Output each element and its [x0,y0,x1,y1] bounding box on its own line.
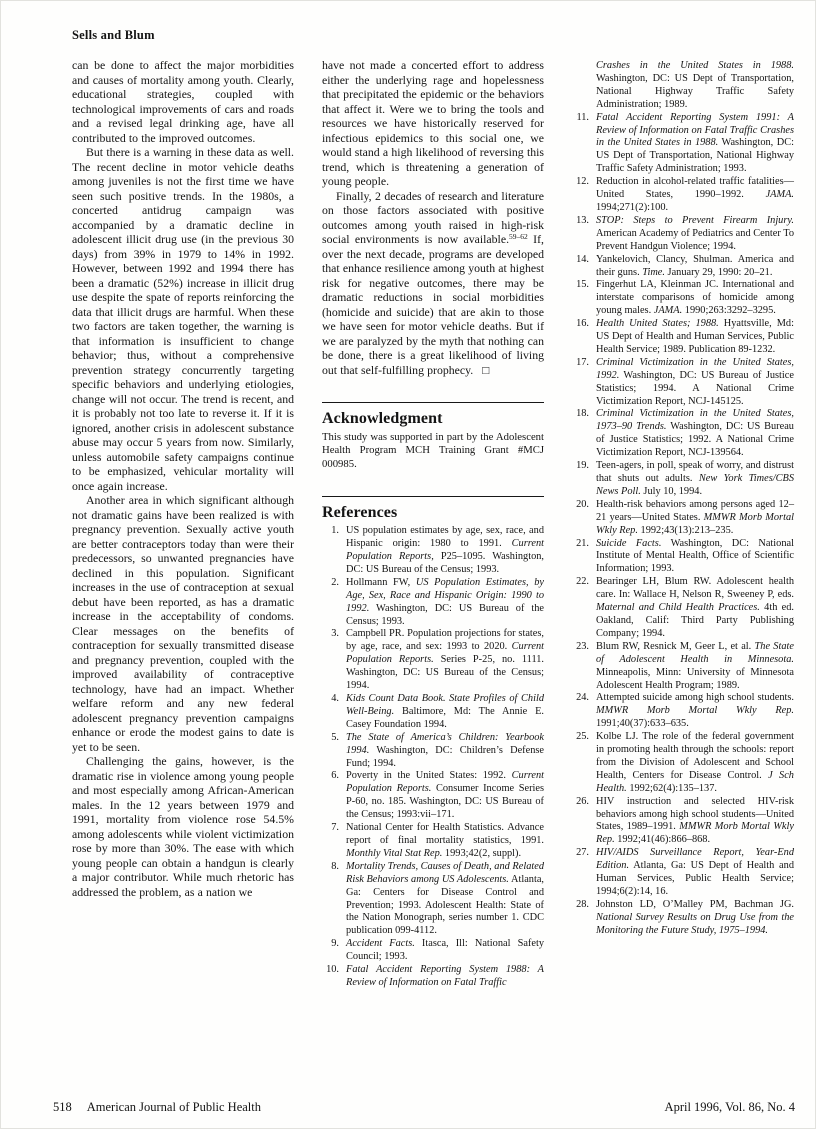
reference-number: 2. [322,577,339,590]
reference-number: 8. [322,861,339,874]
acknowledgment-heading: Acknowledgment [322,410,544,428]
reference-item: 22.Bearinger LH, Blum RW. Adolescent hea… [572,576,794,641]
reference-item: 5.The State of America’s Children: Yearb… [322,732,544,771]
paragraph: Finally, 2 decades of research and liter… [322,189,544,378]
reference-number: 14. [572,254,589,267]
reference-item: 14.Yankelovich, Clancy, Shulman. America… [572,254,794,280]
reference-text: Johnston LD, O’Malley PM, Bachman JG. Na… [596,899,794,936]
reference-number: 12. [572,176,589,189]
reference-number: 1. [322,525,339,538]
reference-item: 23.Blum RW, Resnick M, Geer L, et al. Th… [572,641,794,693]
reference-number: 10. [322,964,339,977]
column-2: have not made a concerted effort to addr… [322,58,544,990]
reference-item: 27.HIV/AIDS Surveillance Report, Year-En… [572,847,794,899]
reference-number: 28. [572,899,589,912]
reference-number: 24. [572,692,589,705]
reference-item: 20.Health-risk behaviors among persons a… [572,499,794,538]
reference-text: Fatal Accident Reporting System 1991: A … [596,112,794,175]
reference-item: 19.Teen-agers, in poll, speak of worry, … [572,460,794,499]
reference-number: 25. [572,731,589,744]
acknowledgment-section: Acknowledgment This study was supported … [322,402,544,471]
page-number: 518 [53,1100,72,1114]
reference-number: 22. [572,576,589,589]
reference-text: Poverty in the United States: 1992. Curr… [346,770,544,820]
reference-text: The State of America’s Children: Yearboo… [346,732,544,769]
issue-info: April 1996, Vol. 86, No. 4 [665,1100,795,1115]
reference-text: Hollmann FW, US Population Estimates, by… [346,577,544,627]
reference-number: 19. [572,460,589,473]
reference-item: 24.Attempted suicide among high school s… [572,692,794,731]
references-section: References 1.US population estimates by … [322,496,544,990]
page-footer: 518American Journal of Public Health Apr… [53,1100,795,1115]
reference-text: Teen-agers, in poll, speak of worry, and… [596,460,794,497]
reference-item: 28.Johnston LD, O’Malley PM, Bachman JG.… [572,899,794,938]
reference-number: 20. [572,499,589,512]
reference-item: 18.Criminal Victimization in the United … [572,408,794,460]
reference-number: 13. [572,215,589,228]
paragraph: Challenging the gains, however, is the d… [72,754,294,899]
reference-list-col2: 1.US population estimates by age, sex, r… [322,525,544,990]
reference-text: Blum RW, Resnick M, Geer L, et al. The S… [596,641,794,691]
reference-text: Fingerhut LA, Kleinman JC. International… [596,279,794,316]
reference-item: 3.Campbell PR. Population projections fo… [322,628,544,693]
reference-number: 11. [572,112,589,125]
column-1: can be done to affect the major morbidit… [72,58,294,899]
reference-text: Kids Count Data Book. State Profiles of … [346,693,544,730]
reference-number: 16. [572,318,589,331]
journal-title: American Journal of Public Health [87,1100,261,1114]
column-3: Crashes in the United States in 1988. Wa… [572,58,794,938]
reference-list-col3: Crashes in the United States in 1988. Wa… [572,60,794,938]
reference-item: 6.Poverty in the United States: 1992. Cu… [322,770,544,822]
reference-item: 9.Accident Facts. Itasca, Ill: National … [322,938,544,964]
reference-text: Health-risk behaviors among persons aged… [596,499,794,536]
reference-item-continuation: Crashes in the United States in 1988. Wa… [572,60,794,112]
paragraph: Another area in which significant althou… [72,493,294,754]
reference-item: 7.National Center for Health Statistics.… [322,822,544,861]
reference-item: 8.Mortality Trends, Causes of Death, and… [322,861,544,938]
reference-text: Crashes in the United States in 1988. Wa… [596,60,794,110]
text-columns: can be done to affect the major morbidit… [72,58,794,990]
reference-number: 23. [572,641,589,654]
reference-text: STOP: Steps to Prevent Firearm Injury. A… [596,215,794,252]
section-divider [322,496,544,497]
paragraph: But there is a warning in these data as … [72,145,294,493]
end-of-article-mark: □ [482,363,489,377]
reference-number: 26. [572,796,589,809]
references-heading: References [322,504,544,522]
reference-number: 17. [572,357,589,370]
reference-text: Health United States; 1988. Hyattsville,… [596,318,794,355]
reference-text: Reduction in alcohol-related traffic fat… [596,176,794,213]
reference-item: 4.Kids Count Data Book. State Profiles o… [322,693,544,732]
reference-text: HIV instruction and selected HIV-risk be… [596,796,794,846]
reference-number: 27. [572,847,589,860]
reference-number: 15. [572,279,589,292]
reference-text: Criminal Victimization in the United Sta… [596,357,794,407]
reference-number: 4. [322,693,339,706]
reference-text: Campbell PR. Population projections for … [346,628,544,691]
reference-item: 16.Health United States; 1988. Hyattsvil… [572,318,794,357]
reference-item: 15.Fingerhut LA, Kleinman JC. Internatio… [572,279,794,318]
reference-item: 26.HIV instruction and selected HIV-risk… [572,796,794,848]
reference-text: HIV/AIDS Surveillance Report, Year-End E… [596,847,794,897]
reference-text: Yankelovich, Clancy, Shulman. America an… [596,254,794,278]
reference-text: Criminal Victimization in the United Sta… [596,408,794,458]
reference-number: 9. [322,938,339,951]
reference-item: 17.Criminal Victimization in the United … [572,357,794,409]
acknowledgment-text: This study was supported in part by the … [322,431,544,471]
reference-text: Suicide Facts. Washington, DC: National … [596,538,794,575]
reference-item: 10.Fatal Accident Reporting System 1988:… [322,964,544,990]
reference-item: 2.Hollmann FW, US Population Estimates, … [322,577,544,629]
running-head: Sells and Blum [72,28,155,43]
reference-text: Attempted suicide among high school stud… [596,692,794,729]
paragraph: have not made a concerted effort to addr… [322,58,544,189]
reference-item: 1.US population estimates by age, sex, r… [322,525,544,577]
reference-text: Accident Facts. Itasca, Ill: National Sa… [346,938,544,962]
reference-text: US population estimates by age, sex, rac… [346,525,544,575]
reference-number: 5. [322,732,339,745]
reference-number: 18. [572,408,589,421]
reference-item: 25.Kolbe LJ. The role of the federal gov… [572,731,794,796]
section-divider [322,402,544,403]
journal-page: Sells and Blum can be done to affect the… [0,0,816,1129]
reference-text: Bearinger LH, Blum RW. Adolescent health… [596,576,794,639]
reference-item: 21.Suicide Facts. Washington, DC: Nation… [572,538,794,577]
reference-text: National Center for Health Statistics. A… [346,822,544,859]
reference-text: Fatal Accident Reporting System 1988: A … [346,964,544,988]
reference-item: 13.STOP: Steps to Prevent Firearm Injury… [572,215,794,254]
reference-text: Mortality Trends, Causes of Death, and R… [346,861,544,937]
column-2-paragraphs: have not made a concerted effort to addr… [322,58,544,377]
reference-item: 11.Fatal Accident Reporting System 1991:… [572,112,794,177]
reference-item: 12.Reduction in alcohol-related traffic … [572,176,794,215]
reference-number: 6. [322,770,339,783]
column-1-paragraphs: can be done to affect the major morbidit… [72,58,294,899]
reference-text: Kolbe LJ. The role of the federal govern… [596,731,794,794]
reference-number: 7. [322,822,339,835]
footer-left: 518American Journal of Public Health [53,1100,261,1115]
reference-number: 3. [322,628,339,641]
reference-number: 21. [572,538,589,551]
paragraph: can be done to affect the major morbidit… [72,58,294,145]
